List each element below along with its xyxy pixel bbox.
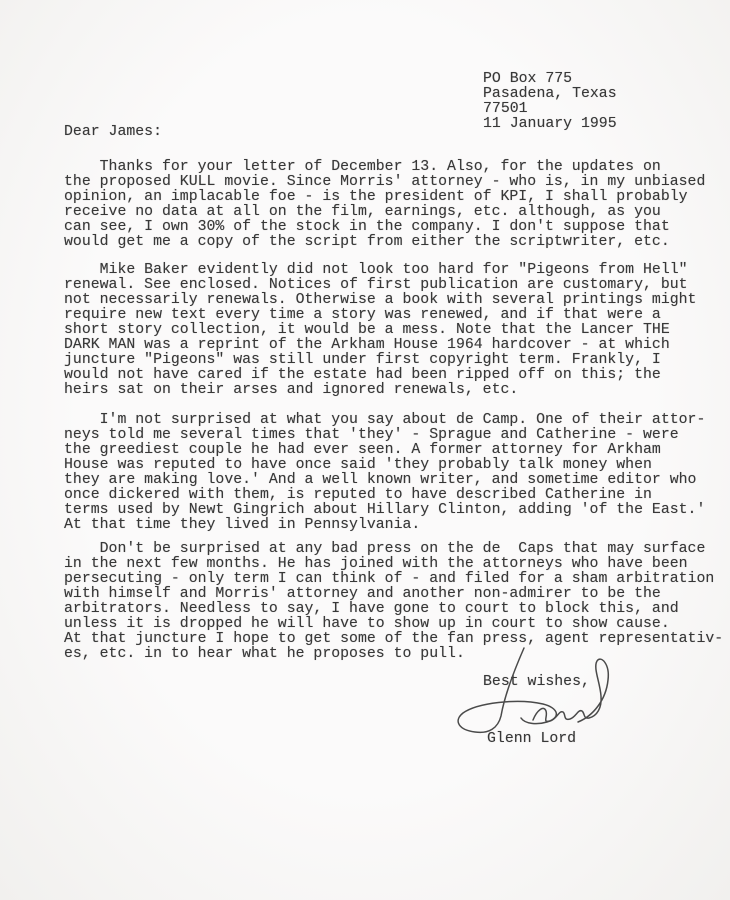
- salutation: Dear James:: [64, 125, 162, 140]
- paragraph-kull-movie: Thanks for your letter of December 13. A…: [64, 160, 705, 250]
- signer-name: Glenn Lord: [487, 732, 576, 747]
- letter-page: PO Box 775 Pasadena, Texas 77501 11 Janu…: [0, 0, 730, 900]
- sender-address-block: PO Box 775 Pasadena, Texas 77501 11 Janu…: [483, 72, 617, 132]
- paragraph-pigeons-renewal: Mike Baker evidently did not look too ha…: [64, 263, 696, 398]
- paragraph-de-camp-gossip: I'm not surprised at what you say about …: [64, 413, 705, 533]
